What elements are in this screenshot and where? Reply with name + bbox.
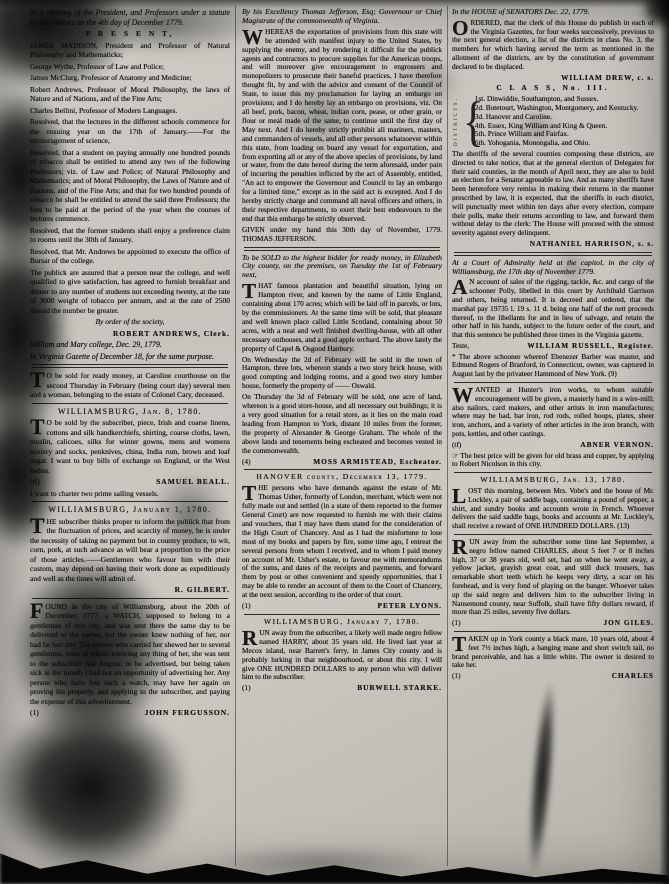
brace-glyph: { [463,94,473,149]
section-rule [32,598,228,599]
section-heading: At a Court of Admiralty held at the capi… [452,259,654,277]
section-rule [244,247,440,251]
signature-name: JON GILES. [603,619,654,628]
paragraph: THE subscriber thinks proper to inform t… [30,517,230,584]
paragraph: JAMES MADISON, President and Professor o… [30,41,230,60]
drop-cap: T [452,635,468,653]
column-right: In the HOUSE of SENATORS Dec. 22, 1779.O… [452,8,654,870]
section-heading: In Virginia Gazette of December 18, for … [30,352,230,362]
signature-ref: (1) [30,708,39,718]
drop-cap: T [242,484,258,502]
paragraph: THAT famous plantation and beautiful sit… [242,282,442,353]
drop-cap: L [452,487,468,505]
signature-name: PETER LYONS. [378,602,442,611]
paragraph: On Thursday the 3d of February will be s… [242,393,442,455]
section-rule [454,472,652,473]
dateline: HANOVER county, December 13, 1779. [242,473,442,482]
district-item: 6th. Yohogania, Monongalia, and Ohio. [475,139,654,148]
drop-cap: A [452,278,469,296]
section-rule [244,614,440,615]
paragraph: The publick are assured that a person ne… [30,268,230,316]
caps-heading: P R E S E N T, [30,29,230,39]
signature-line: Teste,WILLIAM RUSSELL, Register. [452,342,654,351]
dateline: WILLIAMSBURG, Jan. 13, 1780. [452,476,654,485]
signature-line: (1)PETER LYONS. [242,602,442,611]
signature-name: ABNER VERNON. [580,441,654,450]
signature-ref: (tf) [452,441,461,450]
signature-line: (1)CHARLES [452,672,654,681]
signature-line: (tf)ABNER VERNON. [452,441,654,450]
paragraph: On Wednesday the 2d of February will be … [242,356,442,392]
paragraph: * The above schooner whereof Ebenezer Ba… [452,353,654,379]
signature-name: ROBERT ANDREWS, Clerk. [113,329,230,339]
section-heading: In the HOUSE of SENATORS Dec. 22, 1779. [452,8,654,17]
signature-ref: (1) [452,619,461,628]
signature-line: R. GILBERT. [30,585,230,595]
dateline: WILLIAMSBURG, January 7, 1780. [242,618,442,627]
section-heading: By his Excellency Thomas Jefferson, Esq;… [242,8,442,26]
signature-line: ROBERT ANDREWS, Clerk. [30,329,230,339]
signature-line: (tf)SAMUEL BEALL. [30,477,230,487]
paragraph: Resolved, that Mr. Andrews be appointed … [30,247,230,266]
signature-name: NATHANIEL HARRISON, s. s. [530,240,654,249]
newspaper-scan: At a meeting of the President, and Profe… [0,0,669,884]
paragraph: AN account of sales of the rigging, tack… [452,278,654,340]
signature-ref: (tf) [30,477,40,487]
section-rule [32,501,228,502]
signature-ref: (1) [452,672,461,681]
signature-name: MOSS ARMISTEAD, Escheator. [313,458,442,467]
paragraph: WHEREAS the exportation of provisions fr… [242,28,442,224]
column-left: At a meeting of the President, and Profe… [30,8,230,870]
signature-line: (4)MOSS ARMISTEAD, Escheator. [242,458,442,467]
drop-cap: O [452,19,470,37]
dateline: WILLIAMSBURG, Jan. 8, 1780. [30,407,230,417]
paragraph: ORDERED, that the clerk of this House do… [452,19,654,72]
paragraph: James McClurg, Professor of Anatomy and … [30,73,230,83]
signature-ref: Teste, [452,342,469,351]
signature-ref: (1) [242,684,251,693]
drop-cap: F [30,602,45,620]
section-rule [32,403,228,404]
signature-name: CHARLES [612,672,654,681]
signature-name: R. GILBERT. [175,585,230,595]
paragraph: Charles Bellini, Professor of Modern Lan… [30,106,230,116]
paragraph: TO be sold for ready money, at Caroline … [30,371,230,400]
paragraph: FOUND in the city of Williamsburg, about… [30,602,230,707]
paragraph: WANTED at Hunter's iron works, to whom s… [452,386,654,439]
section-heading: To be SOLD to the highest bidder for rea… [242,254,442,281]
column-divider [235,6,236,866]
section-heading: At a meeting of the President, and Profe… [30,8,230,27]
section-rule [454,382,652,383]
drop-cap: T [242,282,258,300]
signature-line: (1)JOHN FERGUSSON. [30,708,230,718]
column-middle: By his Excellency Thomas Jefferson, Esq;… [242,8,442,870]
signature-ref: (4) [242,458,251,467]
paragraph: I want to charter two prime sailing vess… [30,489,230,499]
drop-cap: T [30,418,47,436]
signature-line: (1)BURWELL STARKE. [242,684,442,693]
paragraph: TO be sold by the subscriber, piece, Iri… [30,418,230,475]
paragraph: LOST this morning, between Mrs. Vobe's a… [452,487,654,531]
section-rule [454,631,652,632]
paragraph: RUN away from the subscriber some time l… [452,538,654,617]
signature-line: NATHANIEL HARRISON, s. s. [452,240,654,249]
signature-ref: (1) [242,602,251,611]
paragraph: TAKEN up in York county a black mare, 10… [452,635,654,670]
page-edge-top [0,0,669,8]
paragraph: Resolved, that a student on paying annua… [30,148,230,224]
paragraph: The sheriffs of the several counties com… [452,150,654,238]
signature-name: WILLIAM RUSSELL, Register. [527,342,654,351]
paragraph: George Wythe, Professor of Law and Polic… [30,62,230,72]
column-divider [447,6,448,866]
byline: By order of the society, [30,317,230,327]
signature-line: (1)JON GILES. [452,619,654,628]
drop-cap: R [452,538,469,556]
drop-cap: W [452,386,475,404]
signature-name: WILLIAM DREW, c. s. [561,74,654,83]
signature-name: JOHN FERGUSSON. [145,708,230,718]
section-heading: William and Mary college, Dec. 29, 1779. [30,340,230,350]
paragraph: Resolved, that the former students shall… [30,226,230,245]
signature-name: BURWELL STARKE. [357,684,442,693]
signature-line: WILLIAM DREW, c. s. [452,74,654,83]
paragraph: GIVEN under my hand this 30th day of Nov… [242,226,442,244]
section-rule [454,252,652,256]
paragraph: THE persons who have demands against the… [242,484,442,600]
paragraph: RUN away from the subscriber, a likely w… [242,629,442,682]
section-rule [454,534,652,535]
drop-cap: W [242,28,265,46]
district-list: DISTRICTS.{1st. Dinwiddie, Southampton, … [452,95,654,148]
signature-name: SAMUEL BEALL. [156,477,230,487]
district-list-label: DISTRICTS. [452,97,461,146]
section-rule [244,469,440,470]
newspaper-page: At a meeting of the President, and Profe… [0,0,669,884]
drop-cap: T [30,517,47,535]
dateline: WILLIAMSBURG, January 1, 1780. [30,505,230,515]
paragraph: ☞ The best price will be given for old b… [452,452,654,470]
drop-cap: T [30,371,47,389]
district-items: 1st. Dinwiddie, Southampton, and Sussex.… [475,95,654,148]
section-rule [32,364,228,368]
drop-cap: R [242,629,259,647]
paragraph: Robert Andrews, Professor of Moral Philo… [30,85,230,104]
paragraph: Resolved, that the lectures in the diffe… [30,117,230,146]
page-edge-right [659,0,669,884]
